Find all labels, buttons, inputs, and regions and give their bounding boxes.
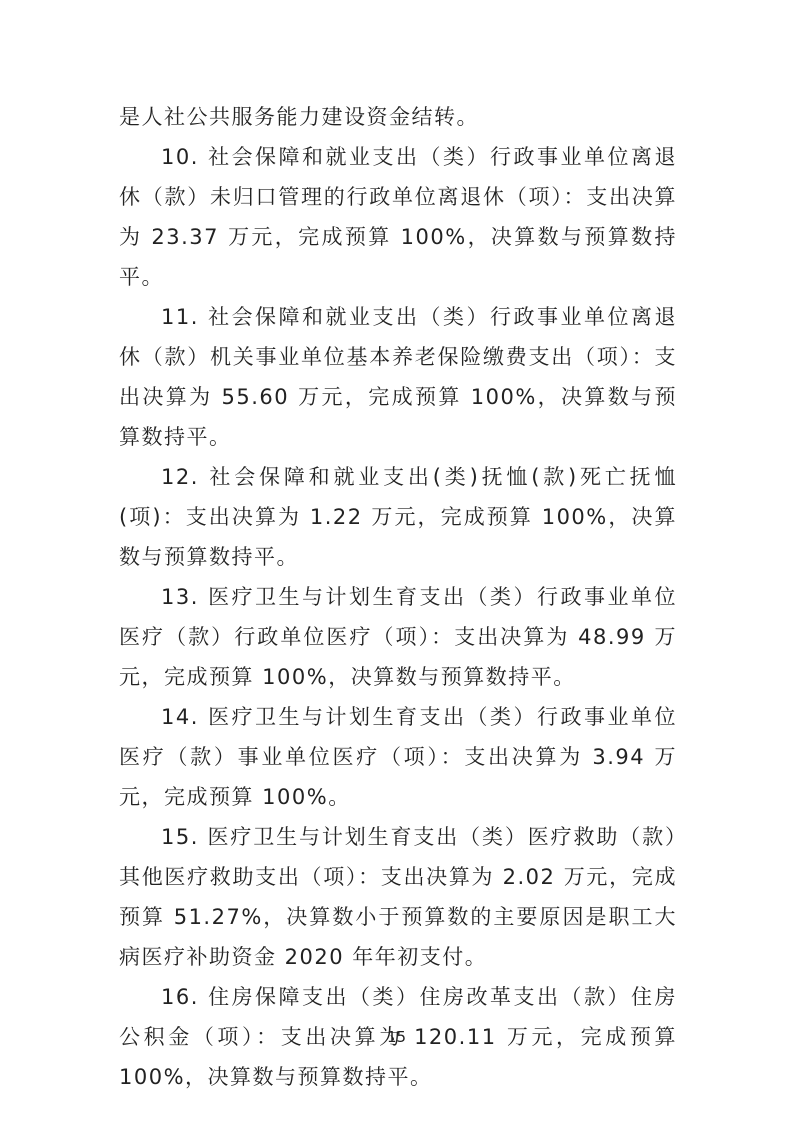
page-number: 15 [0, 1028, 793, 1046]
paragraph-item-14: 14. 医疗卫生与计划生育支出（类）行政事业单位医疗（款）事业单位医疗（项）：支… [119, 697, 677, 817]
paragraph-item-13: 13. 医疗卫生与计划生育支出（类）行政事业单位医疗（款）行政单位医疗（项）：支… [119, 577, 677, 697]
paragraph-continuation: 是人社公共服务能力建设资金结转。 [119, 97, 677, 137]
document-body: 是人社公共服务能力建设资金结转。 10. 社会保障和就业支出（类）行政事业单位离… [119, 97, 677, 1097]
paragraph-item-15: 15. 医疗卫生与计划生育支出（类）医疗救助（款）其他医疗救助支出（项）：支出决… [119, 817, 677, 977]
paragraph-item-12: 12. 社会保障和就业支出(类)抚恤(款)死亡抚恤(项)：支出决算为 1.22 … [119, 457, 677, 577]
paragraph-item-11: 11. 社会保障和就业支出（类）行政事业单位离退休（款）机关事业单位基本养老保险… [119, 297, 677, 457]
paragraph-item-10: 10. 社会保障和就业支出（类）行政事业单位离退休（款）未归口管理的行政单位离退… [119, 137, 677, 297]
document-page: 是人社公共服务能力建设资金结转。 10. 社会保障和就业支出（类）行政事业单位离… [0, 0, 793, 1122]
